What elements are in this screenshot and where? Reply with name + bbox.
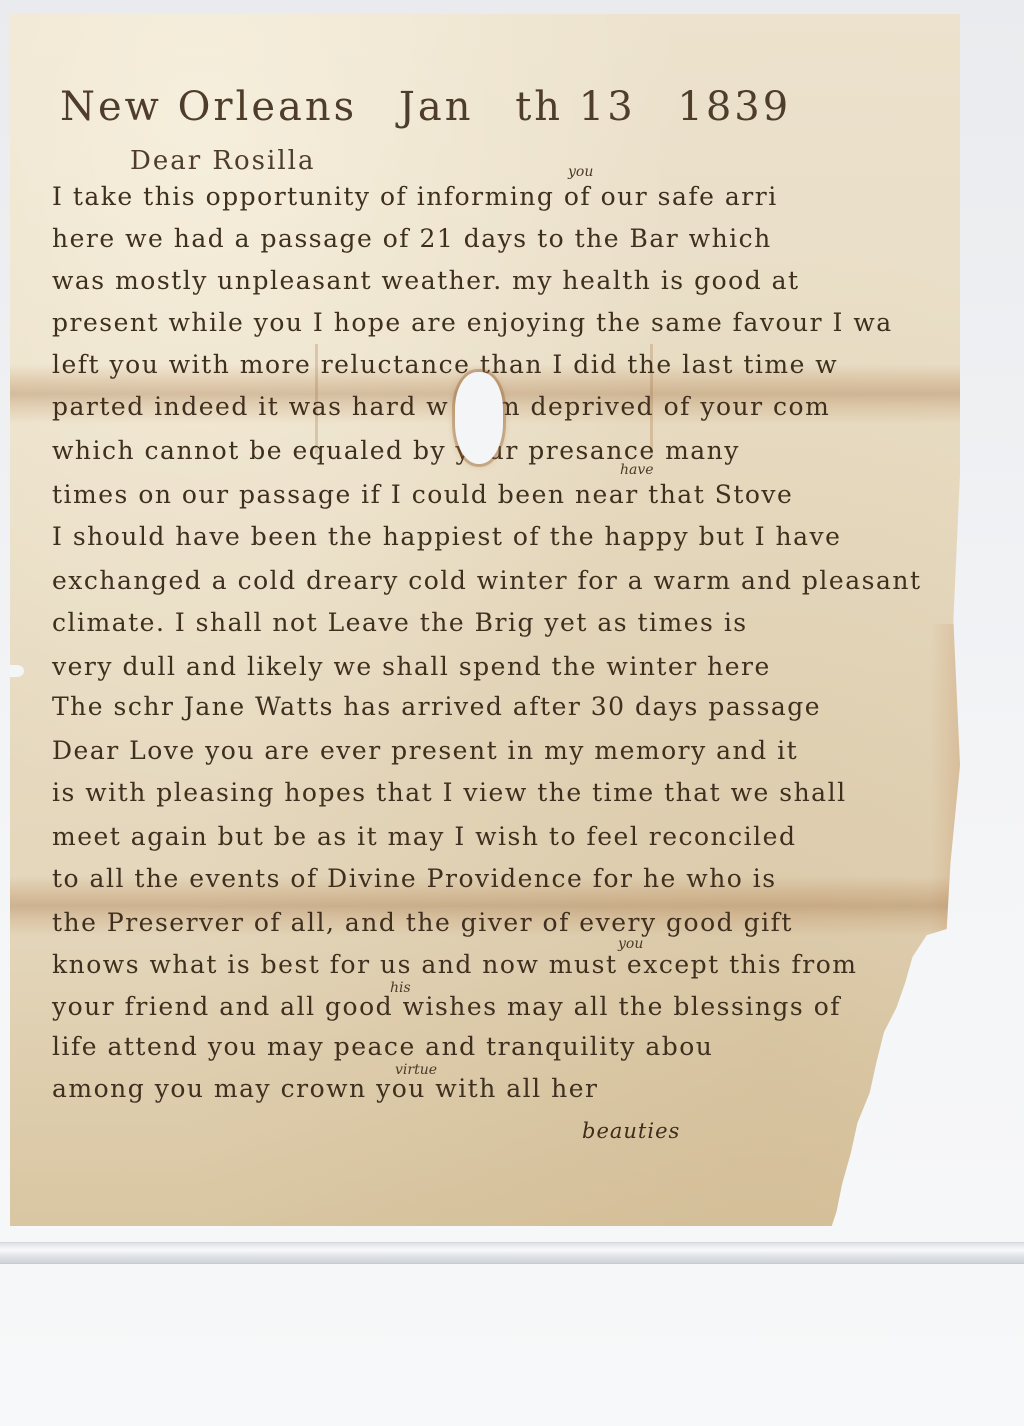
letter-line: present while you I hope are enjoying th… — [52, 308, 893, 337]
letter-line: to all the events of Divine Providence f… — [52, 864, 777, 893]
heading-year: 1839 — [677, 84, 791, 130]
heading-place: New Orleans — [60, 84, 357, 130]
letter-line: very dull and likely we shall spend the … — [52, 652, 771, 681]
protective-sleeve-edge — [0, 1242, 1024, 1264]
letter-line: was mostly unpleasant weather. my health… — [52, 266, 800, 295]
letter-line: I should have been the happiest of the h… — [52, 522, 841, 551]
edge-notch — [10, 665, 24, 677]
interlinear-insertion: have — [620, 462, 654, 478]
interlinear-insertion: virtue — [395, 1062, 437, 1078]
letter-paper: New Orleans Jan th 13 1839 Dear Rosilla … — [10, 14, 960, 1226]
letter-line: meet again but be as it may I wish to fe… — [52, 822, 796, 851]
letter-line: times on our passage if I could been nea… — [52, 480, 793, 509]
salutation: Dear Rosilla — [130, 146, 315, 176]
letter-line: parted indeed it was hard w I am deprive… — [52, 392, 830, 421]
letter-heading: New Orleans Jan th 13 1839 — [60, 84, 817, 130]
letter-line: I take this opportunity of informing of … — [52, 182, 778, 211]
interlinear-insertion: you — [568, 164, 593, 180]
letter-line: exchanged a cold dreary cold winter for … — [52, 566, 922, 595]
letter-line: among you may crown you with all her — [52, 1074, 598, 1103]
letter-line: knows what is best for us and now must e… — [52, 950, 858, 979]
heading-month: Jan — [399, 84, 474, 130]
letter-line: your friend and all good wishes may all … — [52, 992, 841, 1021]
letter-line: Dear Love you are ever present in my mem… — [52, 736, 798, 765]
heading-day: th 13 — [515, 84, 635, 130]
letter-line: the Preserver of all, and the giver of e… — [52, 908, 793, 937]
closing-word: beauties — [582, 1119, 680, 1143]
letter-line: here we had a passage of 21 days to the … — [52, 224, 772, 253]
letter-line: which cannot be equaled by your presance… — [52, 436, 740, 465]
interlinear-insertion: you — [618, 936, 643, 952]
letter-line: climate. I shall not Leave the Brig yet … — [52, 608, 748, 637]
paper-hole — [455, 372, 503, 464]
interlinear-insertion: his — [390, 980, 411, 996]
letter-line: is with pleasing hopes that I view the t… — [52, 778, 847, 807]
letter-line: life attend you may peace and tranquilit… — [52, 1032, 713, 1061]
letter-line: The schr Jane Watts has arrived after 30… — [52, 692, 821, 721]
letter-line: left you with more reluctance than I did… — [52, 350, 838, 379]
